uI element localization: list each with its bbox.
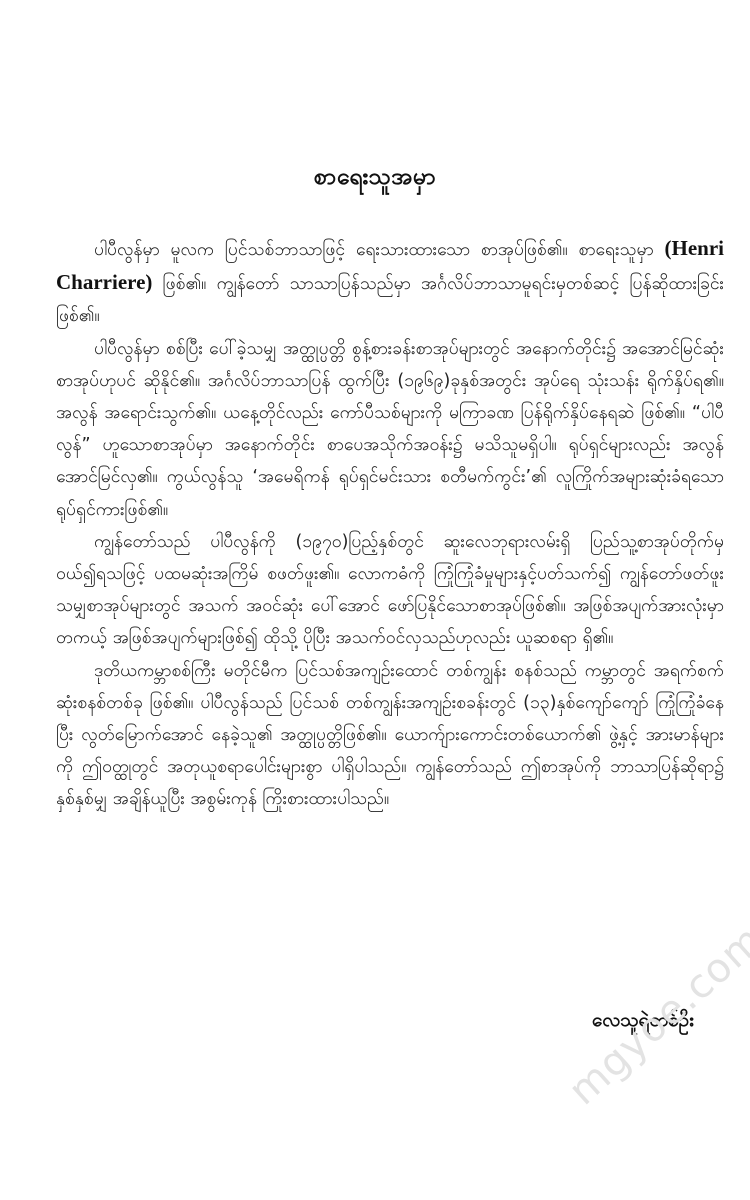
page-title: စာရေးသူအမှာ [0, 162, 750, 196]
paragraph-2: ပါပီလွန်မှာ စစ်ပြီး ပေါ်ခဲ့သမျှ အတ္ထုပ္ပ… [56, 333, 724, 526]
paragraph-1-text-end: ဖြစ်၏။ ကျွန်တော် သာသာပြန်သည်မှာ အင်္ဂလိပ… [56, 274, 724, 326]
paragraph-3: ကျွန်တော်သည် ပါပီလွန်ကို (၁၉၇၀)ပြည့်နှစ်… [56, 526, 724, 655]
paragraph-1: ပါပီလွန်မှာ မူလက ပြင်သစ်ဘာသာဖြင့် ရေးသား… [56, 232, 724, 333]
book-page: စာရေးသူအမှာ ပါပီလွန်မှာ မူလက ပြင်သစ်ဘာသာ… [0, 0, 750, 1200]
watermark: mgyoe.com [560, 917, 750, 1115]
paragraph-1-text-start: ပါပီလွန်မှာ မူလက ပြင်သစ်ဘာသာဖြင့် ရေးသား… [94, 240, 665, 260]
paragraph-4: ဒုတိယကမ္ဘာစစ်ကြီး မတိုင်မီက ပြင်သစ်အကျဉ်… [56, 655, 724, 816]
preface-body: ပါပီလွန်မှာ မူလက ပြင်သစ်ဘာသာဖြင့် ရေးသား… [56, 232, 724, 816]
